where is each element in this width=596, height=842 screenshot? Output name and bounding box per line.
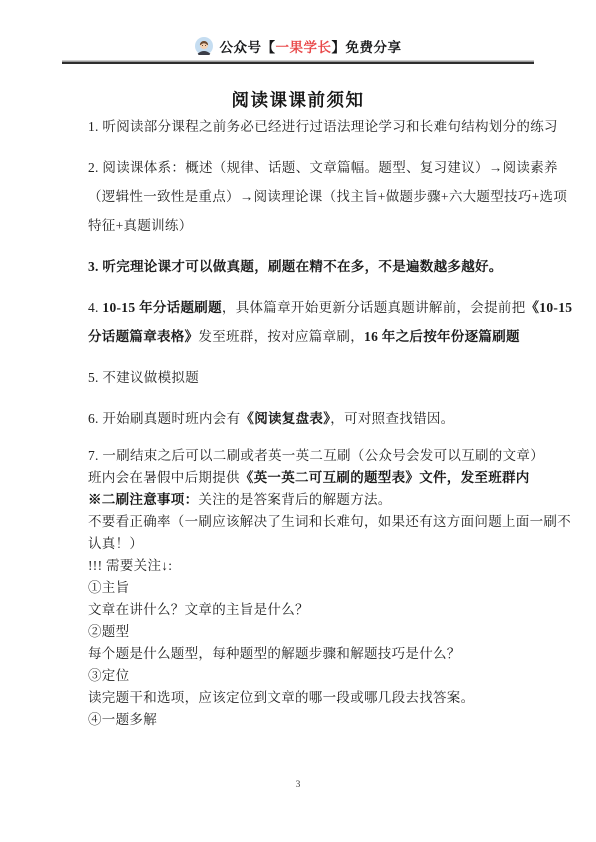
text-segment: 7. 一刷结束之后可以二刷或者英一英二互刷（公众号会发可以互刷的文章）	[88, 448, 544, 463]
bold-text-segment: 《英一英二可互刷的题型表》文件，发至班群内	[240, 470, 530, 485]
paragraph-1: 1. 听阅读部分课程之前务必已经进行过语法理论学习和长难句结构划分的练习	[88, 112, 530, 141]
bold-text-segment: 《10-15	[526, 300, 573, 315]
text-segment: ③定位	[88, 668, 129, 683]
text-line: 特征+真题训练）	[88, 211, 530, 240]
text-segment: （逻辑性一致性是重点）→阅读理论课（找主旨+做题步骤+六大题型技巧+选项	[88, 189, 567, 204]
header-text-suffix: 】免费分享	[332, 40, 402, 55]
paragraph-2: 2. 阅读课体系：概述（规律、话题、文章篇幅。题型、复习建议）→阅读素养（逻辑性…	[88, 153, 530, 240]
text-segment: 班内会在暑假中后期提供	[88, 470, 240, 485]
page-header: 公众号【一果学长】免费分享	[0, 0, 596, 64]
text-line: 文章在讲什么？文章的主旨是什么？	[88, 599, 530, 621]
text-line: 5. 不建议做模拟题	[88, 363, 530, 392]
text-line: ①主旨	[88, 577, 530, 599]
paragraph-5: 5. 不建议做模拟题	[88, 363, 530, 392]
text-segment: 2. 阅读课体系：概述（规律、话题、文章篇幅。题型、复习建议）→阅读素养	[88, 160, 558, 175]
header-text: 公众号【一果学长】免费分享	[220, 36, 402, 56]
text-line: 4. 10-15 年分话题刷题，具体篇章开始更新分话题真题讲解前，会提前把《10…	[88, 293, 530, 322]
text-segment: ，具体篇章开始更新分话题真题讲解前，会提前把	[222, 300, 526, 315]
paragraph-6: 6. 开始刷真题时班内会有《阅读复盘表》，可对照查找错因。	[88, 404, 530, 433]
text-segment: 文章在讲什么？文章的主旨是什么？	[88, 602, 309, 617]
header-account-name: 一果学长	[276, 40, 332, 55]
text-line: （逻辑性一致性是重点）→阅读理论课（找主旨+做题步骤+六大题型技巧+选项	[88, 182, 530, 211]
text-line: 读完题干和选项，应该定位到文章的哪一段或哪几段去找答案。	[88, 687, 530, 709]
text-segment: 1. 听阅读部分课程之前务必已经进行过语法理论学习和长难句结构划分的练习	[88, 119, 558, 134]
text-segment: 不要看正确率（一刷应该解决了生词和长难句，如果还有这方面问题上面一刷不	[88, 514, 571, 529]
text-segment: ②题型	[88, 624, 129, 639]
bold-text-segment: 16 年之后按年份逐篇刷题	[364, 329, 520, 344]
text-segment: ，可对照查找错因。	[330, 411, 454, 426]
text-line: 1. 听阅读部分课程之前务必已经进行过语法理论学习和长难句结构划分的练习	[88, 112, 530, 141]
header-divider	[62, 62, 534, 64]
bold-text-segment: ※二刷注意事项：	[88, 492, 198, 507]
bold-text-segment: 3. 听完理论课才可以做真题，刷题在精不在多，不是遍数越多越好。	[88, 259, 503, 274]
text-segment: 关注的是答案背后的解题方法。	[198, 492, 391, 507]
bold-text-segment: 10-15 年分话题刷题	[102, 300, 221, 315]
text-line: 每个题是什么题型，每种题型的解题步骤和解题技巧是什么？	[88, 643, 530, 665]
text-segment: 每个题是什么题型，每种题型的解题步骤和解题技巧是什么？	[88, 646, 461, 661]
text-line: 3. 听完理论课才可以做真题，刷题在精不在多，不是遍数越多越好。	[88, 252, 530, 281]
text-segment: !!! 需要关注↓:	[88, 558, 172, 573]
text-line: !!! 需要关注↓:	[88, 555, 530, 577]
wechat-account-avatar-icon	[195, 37, 213, 55]
text-segment: ①主旨	[88, 580, 129, 595]
paragraph-7: 7. 一刷结束之后可以二刷或者英一英二互刷（公众号会发可以互刷的文章）班内会在暑…	[88, 445, 530, 731]
text-line: 2. 阅读课体系：概述（规律、话题、文章篇幅。题型、复习建议）→阅读素养	[88, 153, 530, 182]
text-line: 班内会在暑假中后期提供《英一英二可互刷的题型表》文件，发至班群内	[88, 467, 530, 489]
text-line: 6. 开始刷真题时班内会有《阅读复盘表》，可对照查找错因。	[88, 404, 530, 433]
text-line: 7. 一刷结束之后可以二刷或者英一英二互刷（公众号会发可以互刷的文章）	[88, 445, 530, 467]
document-page: 公众号【一果学长】免费分享 阅读课课前须知 1. 听阅读部分课程之前务必已经进行…	[0, 0, 596, 842]
header-banner: 公众号【一果学长】免费分享	[62, 36, 534, 61]
text-line: 分话题篇章表格》发至班群，按对应篇章刷，16 年之后按年份逐篇刷题	[88, 322, 530, 351]
text-segment: 认真！）	[88, 536, 143, 551]
paragraph-3: 3. 听完理论课才可以做真题，刷题在精不在多，不是遍数越多越好。	[88, 252, 530, 281]
bold-text-segment: 《阅读复盘表》	[240, 411, 330, 426]
text-line: ④一题多解	[88, 709, 530, 731]
text-segment: 4.	[88, 300, 102, 315]
text-line: ②题型	[88, 621, 530, 643]
text-segment: ④一题多解	[88, 712, 157, 727]
header-text-prefix: 公众号【	[220, 40, 276, 55]
text-line: ③定位	[88, 665, 530, 687]
text-segment: 6. 开始刷真题时班内会有	[88, 411, 240, 426]
document-body: 1. 听阅读部分课程之前务必已经进行过语法理论学习和长难句结构划分的练习2. 阅…	[0, 112, 596, 731]
paragraph-4: 4. 10-15 年分话题刷题，具体篇章开始更新分话题真题讲解前，会提前把《10…	[88, 293, 530, 351]
text-line: 不要看正确率（一刷应该解决了生词和长难句，如果还有这方面问题上面一刷不	[88, 511, 530, 533]
text-segment: 读完题干和选项，应该定位到文章的哪一段或哪几段去找答案。	[88, 690, 474, 705]
text-segment: 发至班群，按对应篇章刷，	[198, 329, 364, 344]
text-line: ※二刷注意事项：关注的是答案背后的解题方法。	[88, 489, 530, 511]
bold-text-segment: 分话题篇章表格》	[88, 329, 198, 344]
text-line: 认真！）	[88, 533, 530, 555]
page-title: 阅读课课前须知	[0, 88, 596, 112]
text-segment: 5. 不建议做模拟题	[88, 370, 199, 385]
text-segment: 特征+真题训练）	[88, 218, 193, 233]
page-number: 3	[0, 780, 596, 790]
